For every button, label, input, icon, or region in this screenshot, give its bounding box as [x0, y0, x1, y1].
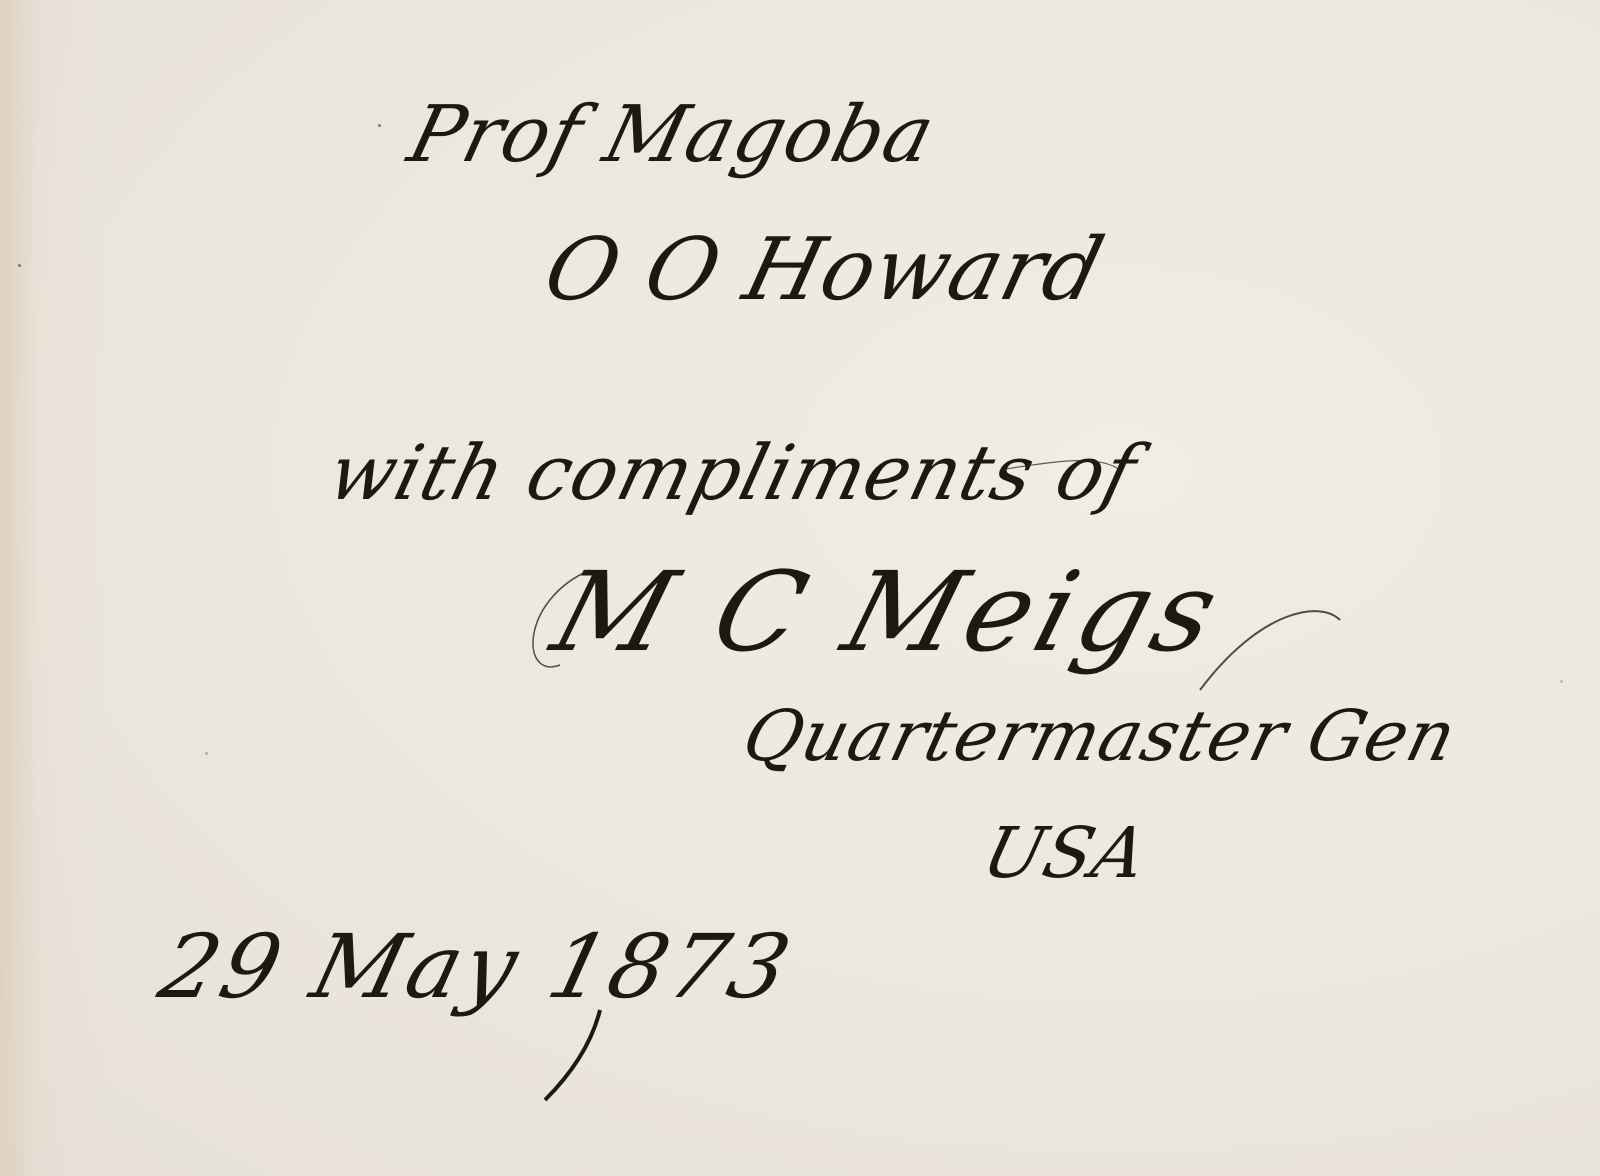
inscription-date: 29 May 1873 — [150, 915, 804, 1018]
paper-speck — [205, 752, 208, 755]
inscription-presentation-line: with compliments of — [320, 428, 1145, 517]
inscription-addressee-line-2: O O Howard — [535, 220, 1113, 320]
paper-speck — [1560, 680, 1563, 683]
paper-page: Prof Magoba O O Howard with compliments … — [0, 0, 1600, 1176]
inscription-addressee-line-1: Prof Magoba — [400, 90, 944, 180]
inscription-affiliation: USA — [975, 812, 1156, 894]
paper-speck — [378, 124, 381, 127]
paper-speck — [18, 264, 21, 267]
inscription-title: Quartermaster Gen — [735, 695, 1465, 777]
inscription-signature: M C Meigs — [540, 548, 1237, 676]
